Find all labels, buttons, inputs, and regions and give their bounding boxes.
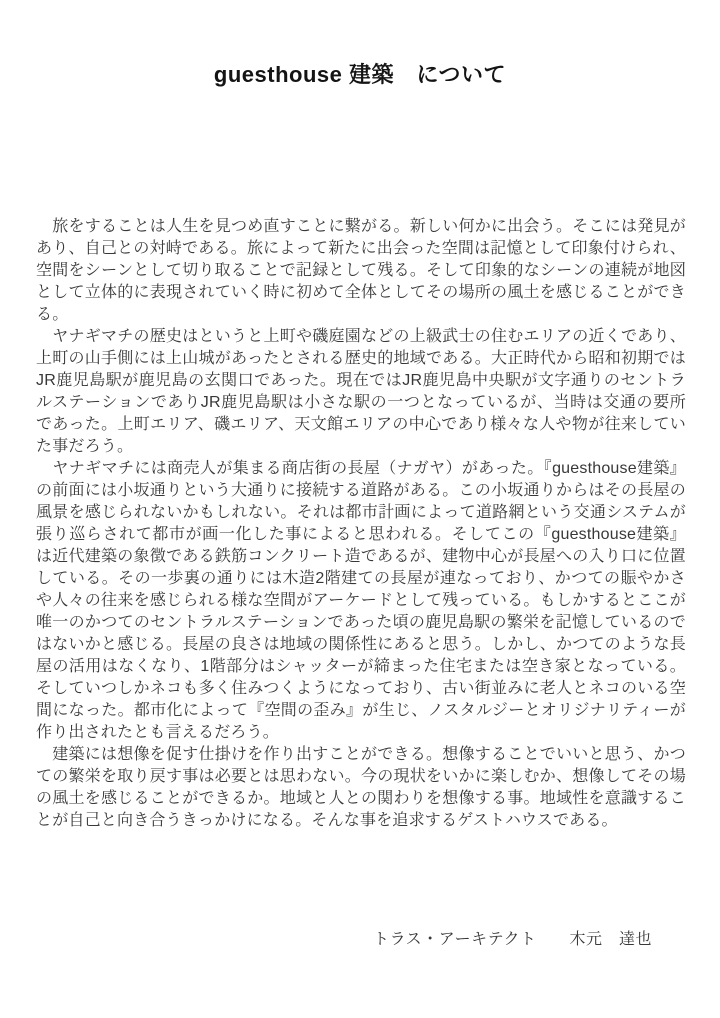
- signature-line: トラス・アーキテクト 木元 達也: [373, 926, 652, 949]
- paragraph-architecture-conclusion: 建築には想像を促す仕掛けを作り出すことができる。想像することでいいと思う、かつて…: [36, 744, 686, 832]
- paragraph-travel-intro: 旅をすることは人生を見つめ直すことに繋がる。新しい何かに出会う。そこには発見があ…: [36, 216, 686, 326]
- paragraph-nagaya-description: ヤナギマチには商売人が集まる商店街の長屋（ナガヤ）があった。『guesthous…: [36, 458, 686, 744]
- document-title: guesthouse 建築 について: [0, 58, 720, 89]
- document-body: 旅をすることは人生を見つめ直すことに繋がる。新しい何かに出会う。そこには発見があ…: [36, 216, 686, 832]
- document-page: guesthouse 建築 について 旅をすることは人生を見つめ直すことに繋がる…: [0, 0, 720, 1018]
- paragraph-yanagimachi-history: ヤナギマチの歴史はというと上町や磯庭園などの上級武士の住むエリアの近くであり、上…: [36, 326, 686, 458]
